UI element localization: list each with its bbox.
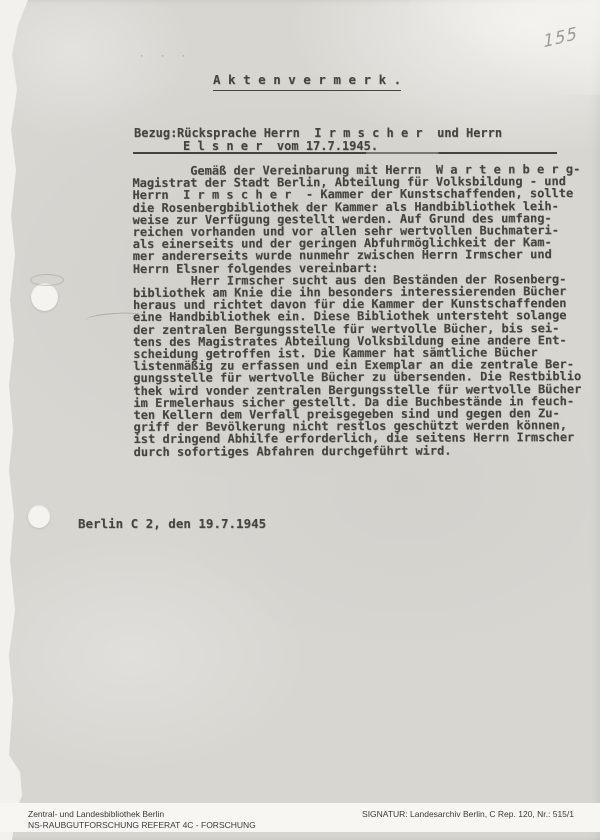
archive-footer-bar: Zentral- und Landesbibliothek Berlin NS-… [0,803,600,832]
document-scan: 155 · · · A k t e n v e r m e r k . Bezu… [0,0,600,840]
memo-paragraph-1: Gemäß der Vereinbarung mit Herrn W a r t… [132,163,580,275]
footer-left-block: Zentral- und Landesbibliothek Berlin NS-… [28,809,256,830]
memo-body: Gemäß der Vereinbarung mit Herrn W a r t… [132,163,581,458]
paper-corner-highlight [410,0,600,95]
memo-paragraph-2: Herr Irmscher sucht aus den Beständen de… [133,273,582,458]
footer-library-name: Zentral- und Landesbibliothek Berlin [28,809,256,820]
reference-underline [133,152,557,154]
punch-hole-bottom [28,505,50,528]
pencil-dot-marks: · · · [139,52,191,62]
memo-title: A k t e n v e r m e r k . [213,72,401,91]
reference-label: Bezug: [134,126,177,140]
footer-department: NS-RAUBGUTFORSCHUNG REFERAT 4C - FORSCHU… [28,820,256,831]
reference-line-1: Rücksprache Herrn I r m s c h e r und He… [177,126,502,140]
punch-hole-top [31,283,58,311]
footer-signature: SIGNATUR: Landesarchiv Berlin, C Rep. 12… [362,809,574,819]
date-line: Berlin C 2, den 19.7.1945 [78,516,266,531]
punch-hole-impression [30,274,64,286]
reference-line-2: E l s n e r vom 17.7.1945. [183,139,378,153]
